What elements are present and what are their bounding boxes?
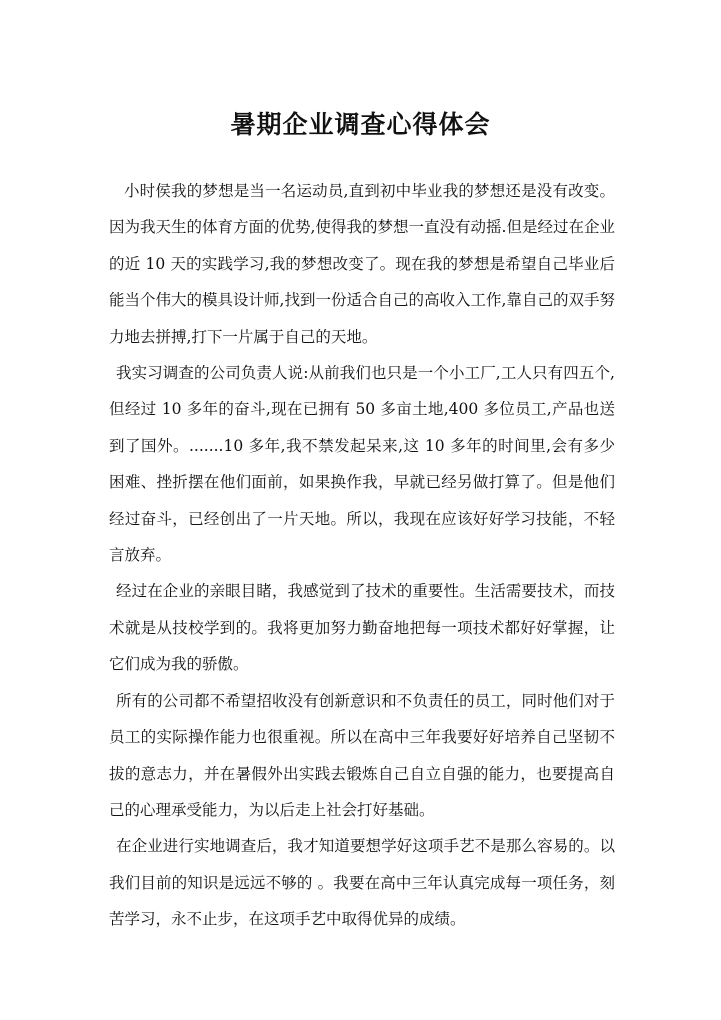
document-body: 小时侯我的梦想是当一名运动员,直到初中毕业我的梦想还是没有改变。因为我天生的体育… bbox=[109, 173, 615, 938]
paragraph-childhood-dream: 小时侯我的梦想是当一名运动员,直到初中毕业我的梦想还是没有改变。因为我天生的体育… bbox=[109, 173, 615, 355]
paragraph-company-expectations: 所有的公司都不希望招收没有创新意识和不负责任的员工，同时他们对于员工的实际操作能… bbox=[109, 683, 615, 829]
paragraph-importance-of-skills: 经过在企业的亲眼目睹，我感觉到了技术的重要性。生活需要技术，而技术就是从技校学到… bbox=[109, 573, 615, 682]
paragraph-company-history: 我实习调查的公司负责人说:从前我们也只是一个小工厂,工人只有四五个,但经过 10… bbox=[109, 355, 615, 573]
document-title: 暑期企业调查心得体会 bbox=[0, 105, 721, 141]
paragraph-conclusion: 在企业进行实地调查后，我才知道要想学好这项手艺不是那么容易的。以我们目前的知识是… bbox=[109, 828, 615, 937]
document-page: 暑期企业调查心得体会 小时侯我的梦想是当一名运动员,直到初中毕业我的梦想还是没有… bbox=[0, 0, 721, 1020]
